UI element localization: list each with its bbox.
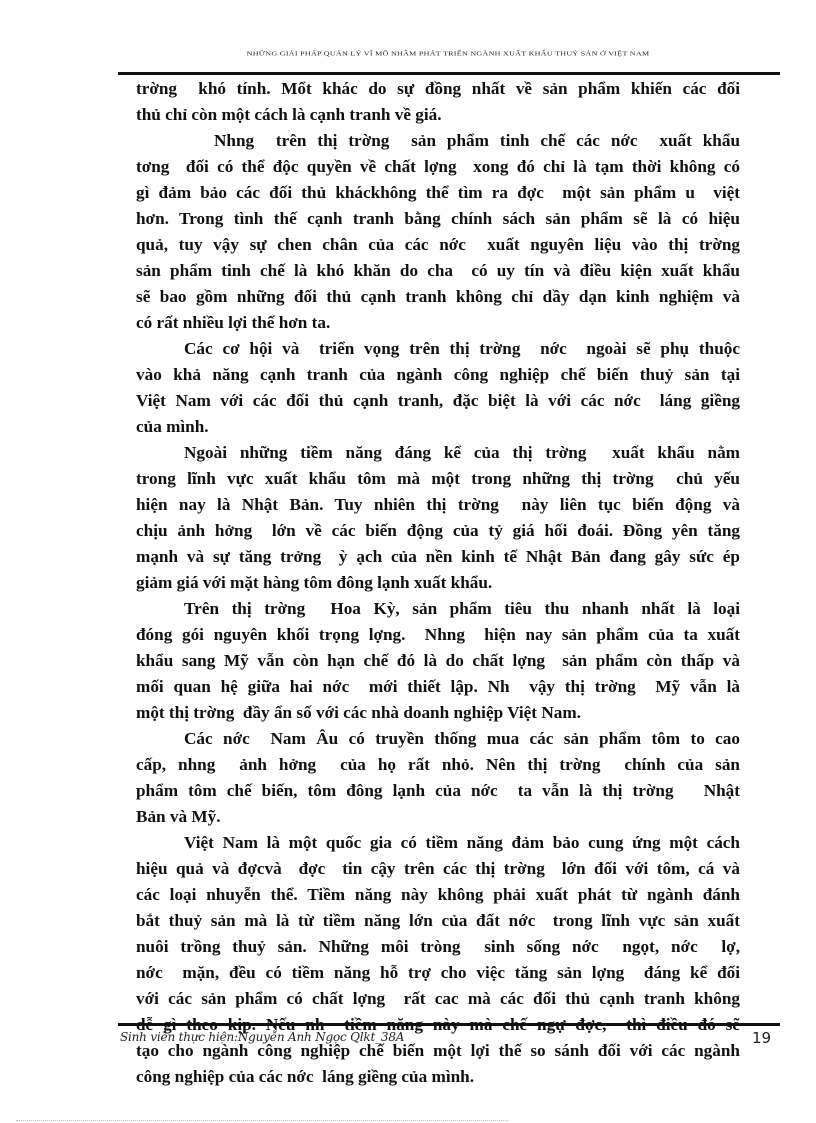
- header-rule: [118, 72, 780, 75]
- text-line: Việt Nam với các đối thủ cạnh tranh, đặc…: [136, 388, 740, 414]
- text-line: khẩu sang Mỹ vẫn còn hạn chế đó là do ch…: [136, 648, 740, 674]
- text-line: Nhng trên thị trờng sản phẩm tinh chế cá…: [136, 128, 740, 154]
- text-line: quả, tuy vậy sự chen chân của các nớc xu…: [136, 232, 740, 258]
- text-line: gì đảm bảo các đối thủ kháckhông thể tìm…: [136, 180, 740, 206]
- text-line: phẩm tôm chế biến, tôm đông lạnh của nớc…: [136, 778, 740, 804]
- text-line: thủ chỉ còn một cách là cạnh tranh về gi…: [136, 102, 740, 128]
- running-header: NHỮNG GIẢI PHÁP QUẢN LÝ VĨ MÔ NHẰM PHÁT …: [118, 50, 778, 57]
- text-line: nớc mặn, đều có tiềm năng hỗ trợ cho việ…: [136, 960, 740, 986]
- footer-rule: [118, 1023, 780, 1026]
- body-text: trờng khó tính. Mổt khác do sự đồng nhất…: [136, 76, 740, 1090]
- text-line: bắt thuỷ sản mà là từ tiềm năng lớn của …: [136, 908, 740, 934]
- text-line: hiện nay là Nhật Bản. Tuy nhiên thị trờn…: [136, 492, 740, 518]
- text-line: của mình.: [136, 414, 740, 440]
- text-line: trờng khó tính. Mổt khác do sự đồng nhất…: [136, 76, 740, 102]
- text-line: Việt Nam là một quốc gia có tiềm năng đả…: [136, 830, 740, 856]
- text-line: chịu ảnh hởng lớn về các biến động của t…: [136, 518, 740, 544]
- text-line: mạnh và sự tăng trởng ỳ ạch của nền kinh…: [136, 544, 740, 570]
- text-line: có rất nhiều lợi thế hơn ta.: [136, 310, 740, 336]
- text-line: Bản và Mỹ.: [136, 804, 740, 830]
- text-line: một thị trờng đầy ẩn số với các nhà doan…: [136, 700, 740, 726]
- text-line: Các cơ hội và triển vọng trên thị trờng …: [136, 336, 740, 362]
- text-line: công nghiệp của các nớc láng giềng của m…: [136, 1064, 740, 1090]
- text-line: hiệu quả và đợcvà đợc tin cậy trên các t…: [136, 856, 740, 882]
- text-line: tơng đối có thể độc quyền về chất lợng x…: [136, 154, 740, 180]
- page-number: 19: [752, 1029, 771, 1047]
- text-line: trong lĩnh vực xuất khẩu tôm mà một tron…: [136, 466, 740, 492]
- text-line: nuôi trồng thuỷ sản. Những môi tròng sin…: [136, 934, 740, 960]
- text-line: sẽ bao gồm những đối thủ cạnh tranh khôn…: [136, 284, 740, 310]
- text-line: đóng gói nguyên khối trọng lợng. Nhng hi…: [136, 622, 740, 648]
- text-line: sản phẩm tinh chế là khó khăn do cha có …: [136, 258, 740, 284]
- footer-author: Sinh viên thực hiện:Nguyễn Anh Ngọc Qlkt…: [120, 1030, 404, 1044]
- text-line: mối quan hệ giữa hai nớc mới thiết lập. …: [136, 674, 740, 700]
- text-line: vào khả năng cạnh tranh của ngành công n…: [136, 362, 740, 388]
- text-line: với các sản phẩm có chất lợng rất cac mà…: [136, 986, 740, 1012]
- text-line: Ngoài những tiềm năng đáng kể của thị tr…: [136, 440, 740, 466]
- text-line: các loại nhuyễn thể. Tiềm năng này không…: [136, 882, 740, 908]
- text-line: cấp, nhng ảnh hởng của họ rất nhỏ. Nên t…: [136, 752, 740, 778]
- document-page: NHỮNG GIẢI PHÁP QUẢN LÝ VĨ MÔ NHẰM PHÁT …: [0, 0, 816, 1123]
- text-line: Các nớc Nam Âu có truyền thống mua các s…: [136, 726, 740, 752]
- page-boundary-dotted-line: [16, 1120, 508, 1121]
- text-line: giảm giá với mặt hàng tôm đông lạnh xuất…: [136, 570, 740, 596]
- text-line: hơn. Trong tình thế cạnh tranh bằng chín…: [136, 206, 740, 232]
- text-line: Trên thị trờng Hoa Kỳ, sản phẩm tiêu thu…: [136, 596, 740, 622]
